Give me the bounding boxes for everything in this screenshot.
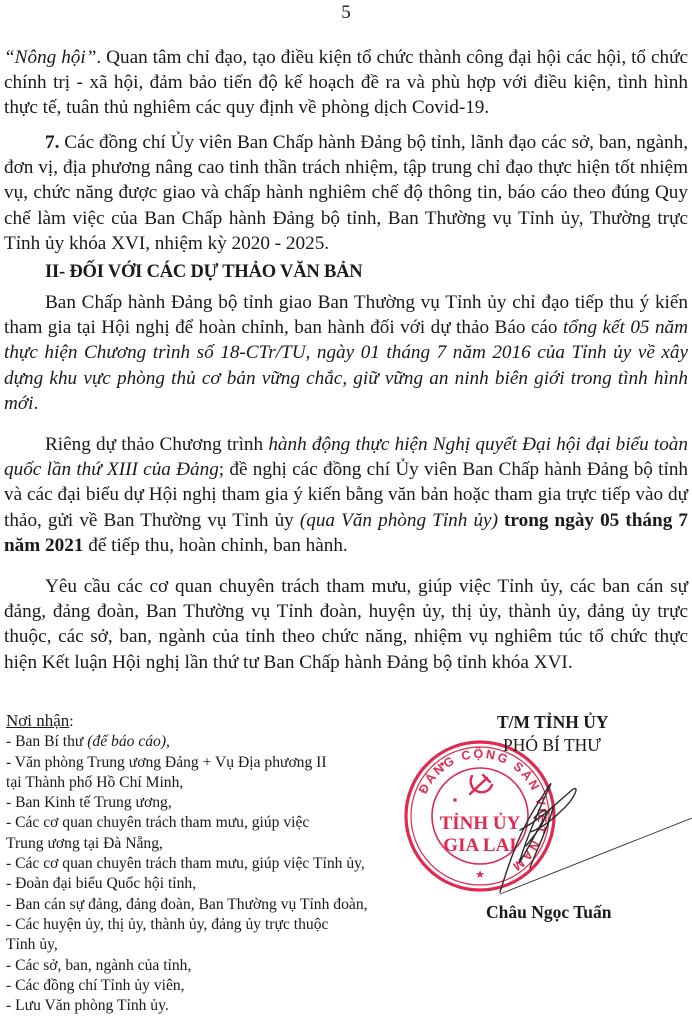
paragraph-text: . Quan tâm chỉ đạo, tạo điều kiện tổ chứ… bbox=[4, 47, 688, 118]
page-number: 5 bbox=[0, 2, 692, 24]
recipient-item: - Văn phòng Trung ương Đảng + Vụ Địa phư… bbox=[6, 753, 406, 773]
item-number: 7. bbox=[45, 132, 59, 153]
paragraph-item-7: 7. Các đồng chí Ủy viên Ban Chấp hành Đả… bbox=[4, 130, 688, 256]
recipient-end: , bbox=[166, 733, 170, 750]
paragraph-text: để tiếp thu, hoàn chỉnh, ban hành. bbox=[83, 535, 347, 556]
recipient-item: - Các đồng chí Tỉnh ủy viên, bbox=[6, 976, 406, 996]
stamp-dot bbox=[453, 798, 457, 802]
recipient-item: - Đoàn đại biểu Quốc hội tỉnh, bbox=[6, 874, 406, 894]
signatory-title: PHÓ BÍ THƯ bbox=[503, 735, 601, 756]
via-office: (qua Văn phòng Tỉnh ủy) bbox=[300, 510, 498, 531]
paragraph-nong-hoi: “Nông hội”. Quan tâm chỉ đạo, tạo điều k… bbox=[4, 45, 688, 121]
recipient-item: - Các huyện ủy, thị ủy, thành ủy, đảng ủ… bbox=[6, 915, 406, 935]
recipient-item: - Các cơ quan chuyên trách tham mưu, giú… bbox=[6, 813, 406, 833]
recipient-item: - Ban cán sự đảng, đảng đoàn, Ban Thường… bbox=[6, 895, 406, 915]
recipient-item: - Các cơ quan chuyên trách tham mưu, giú… bbox=[6, 854, 406, 874]
recipient-items: - Văn phòng Trung ương Đảng + Vụ Địa phư… bbox=[6, 753, 406, 1017]
recipient-item: Tỉnh ủy, bbox=[6, 935, 406, 955]
recipient-item: - Ban Bí thư (để báo cáo), bbox=[6, 732, 406, 752]
recipient-item: Trung ương tại Đà Nẵng, bbox=[6, 834, 406, 854]
paragraph-text: Riêng dự thảo Chương trình bbox=[45, 434, 268, 455]
star-icon: ★ bbox=[475, 869, 485, 881]
recipient-text: - Ban Bí thư bbox=[6, 733, 87, 750]
paragraph-draft-report: Ban Chấp hành Đảng bộ tỉnh giao Ban Thườ… bbox=[4, 290, 688, 416]
section-heading: II- ĐỐI VỚI CÁC DỰ THẢO VĂN BẢN bbox=[45, 262, 362, 283]
signatory-name: Châu Ngọc Tuấn bbox=[486, 902, 611, 923]
paragraph-text: Các đồng chí Ủy viên Ban Chấp hành Đảng … bbox=[4, 132, 688, 254]
recipient-item: tại Thành phố Hồ Chí Minh, bbox=[6, 773, 406, 793]
stamp-dot bbox=[440, 762, 444, 766]
paragraph-end: . bbox=[33, 393, 38, 414]
hammer-sickle-icon bbox=[470, 775, 492, 794]
recipient-item: - Lưu Văn phòng Tỉnh ủy. bbox=[6, 996, 406, 1016]
recipient-item: - Ban Kinh tế Trung ương, bbox=[6, 793, 406, 813]
recipients-title-colon: : bbox=[69, 713, 73, 730]
paragraph-request: Yêu cầu các cơ quan chuyên trách tham mư… bbox=[4, 574, 688, 675]
handwritten-signature bbox=[490, 760, 692, 900]
recipient-note: (để báo cáo) bbox=[87, 733, 166, 750]
paragraph-text: Yêu cầu các cơ quan chuyên trách tham mư… bbox=[4, 574, 688, 675]
signatory-organization: T/M TỈNH ỦY bbox=[497, 712, 609, 733]
italic-lead: “Nông hội” bbox=[4, 47, 96, 68]
recipient-item: - Các sở, ban, ngành của tỉnh, bbox=[6, 956, 406, 976]
recipients-list: Nơi nhận: - Ban Bí thư (để báo cáo), - V… bbox=[6, 710, 406, 1016]
recipients-title: Nơi nhận bbox=[6, 711, 69, 730]
paragraph-draft-program: Riêng dự thảo Chương trình hành động thự… bbox=[4, 432, 688, 558]
